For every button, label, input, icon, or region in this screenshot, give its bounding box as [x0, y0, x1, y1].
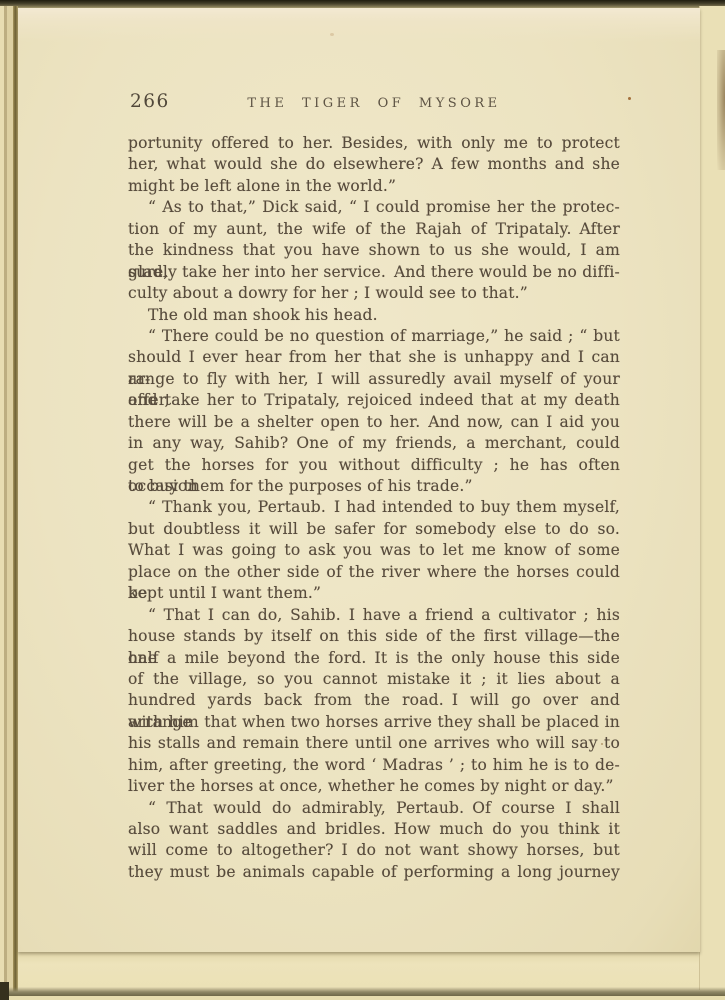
paper-speckle [628, 97, 631, 100]
running-title: THE TIGER OF MYSORE [128, 96, 620, 111]
text-line: hundred yards back from the road. I will… [128, 690, 620, 711]
text-line: tion of my aunt, the wife of the Rajah o… [128, 219, 620, 240]
paper-speckle [330, 33, 334, 36]
book-scan: 266 THE TIGER OF MYSORE portunity offere… [0, 0, 725, 1000]
text-line: will come to altogether? I do not want s… [128, 840, 620, 861]
text-line: The old man shook his head. [128, 305, 620, 326]
text-line: half a mile beyond the ford. It is the o… [128, 648, 620, 669]
book-page: 266 THE TIGER OF MYSORE portunity offere… [18, 8, 700, 952]
book-edge-bottom-shadow [0, 987, 725, 996]
text-line: “ That I can do, Sahib. I have a friend … [128, 605, 620, 626]
text-line: culty about a dowry for her ; I would se… [128, 283, 620, 304]
text-line: kept until I want them.” [128, 583, 620, 604]
text-line: him, after greeting, the word ‘ Madras ’… [128, 755, 620, 776]
text-line: they must be animals capable of performi… [128, 862, 620, 883]
text-line: with him that when two horses arrive the… [128, 712, 620, 733]
text-line: liver the horses at once, whether he com… [128, 776, 620, 797]
text-line: there will be a shelter open to her. And… [128, 412, 620, 433]
bottom-left-corner-shadow [0, 982, 9, 1000]
bottom-page-edges [0, 952, 700, 987]
fore-edge-stain [717, 50, 725, 170]
text-line: to buy them for the purposes of his trad… [128, 476, 620, 497]
page-top-curvature [18, 8, 700, 42]
text-line: get the horses for you without difficult… [128, 455, 620, 476]
text-line: “ That would do admirably, Pertaub. Of c… [128, 798, 620, 819]
text-line: “ Thank you, Pertaub. I had intended to … [128, 497, 620, 518]
text-line: the kindness that you have shown to us s… [128, 240, 620, 261]
body-text: portunity offered to her. Besides, with … [128, 133, 620, 883]
text-line: should I ever hear from her that she is … [128, 347, 620, 368]
text-line: in any way, Sahib? One of my friends, a … [128, 433, 620, 454]
book-edge-bottom [0, 996, 725, 1000]
text-line: her, what would she do elsewhere? A few … [128, 154, 620, 175]
text-line: house stands by itself on this side of t… [128, 626, 620, 647]
book-edge-top [0, 0, 725, 8]
text-line: but doubtless it will be safer for someb… [128, 519, 620, 540]
text-line: “ There could be no question of marriage… [128, 326, 620, 347]
text-line: range to fly with her, I will assuredly … [128, 369, 620, 390]
text-line: portunity offered to her. Besides, with … [128, 133, 620, 154]
text-line: What I was going to ask you was to let m… [128, 540, 620, 561]
text-line: of the village, so you cannot mistake it… [128, 669, 620, 690]
text-line: might be left alone in the world.” [128, 176, 620, 197]
text-line: place on the other side of the river whe… [128, 562, 620, 583]
text-line: and take her to Tripataly, rejoiced inde… [128, 390, 620, 411]
paper-speckle [601, 743, 603, 745]
text-line: “ As to that,” Dick said, “ I could prom… [128, 197, 620, 218]
text-line: gladly take her into her service. And th… [128, 262, 620, 283]
text-line: also want saddles and bridles. How much … [128, 819, 620, 840]
text-line: his stalls and remain there until one ar… [128, 733, 620, 754]
